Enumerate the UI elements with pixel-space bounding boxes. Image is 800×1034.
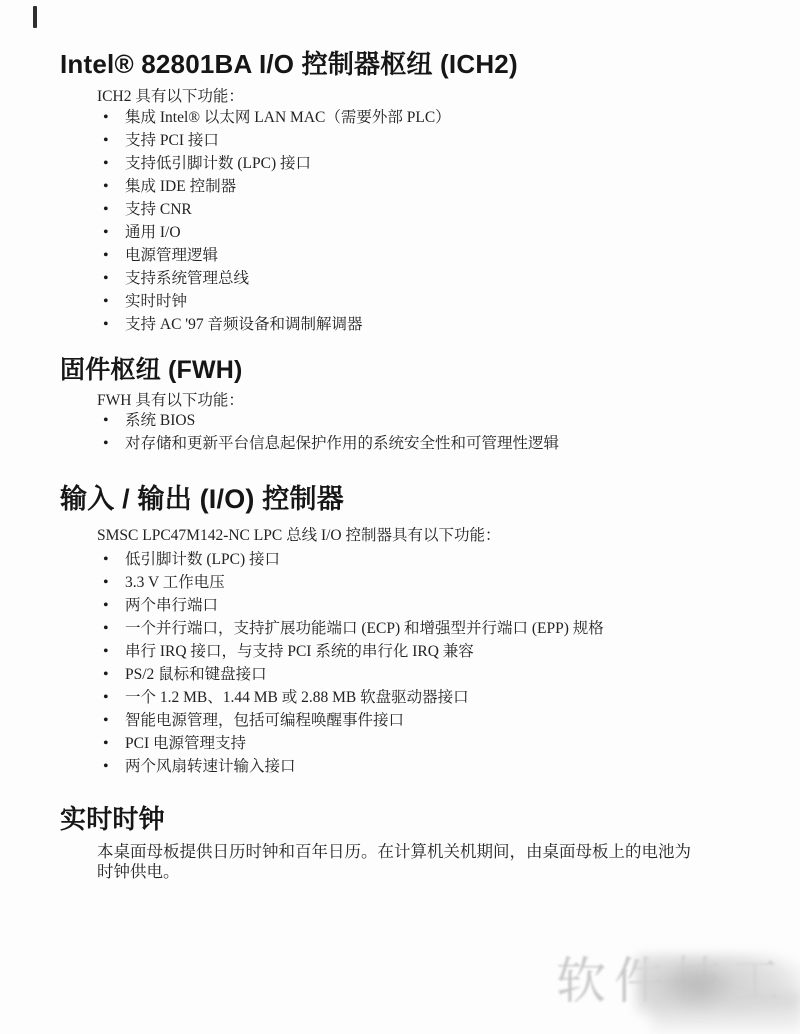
bullet-item: 智能电源管理，包括可编程唤醒事件接口: [103, 709, 604, 732]
section-heading-io: 输入 / 输出 (I/O) 控制器: [60, 477, 344, 516]
bullet-item: 两个串行端口: [103, 594, 604, 617]
bullet-list-ich2: 集成 Intel® 以太网 LAN MAC（需要外部 PLC） 支持 PCI 接…: [103, 106, 451, 336]
paragraph-line: 时钟供电。: [97, 862, 691, 882]
bullet-item: PS/2 鼠标和键盘接口: [103, 663, 604, 686]
bullet-item: 一个并行端口，支持扩展功能端口 (ECP) 和增强型并行端口 (EPP) 规格: [103, 617, 604, 640]
bullet-item: 支持 AC '97 音频设备和调制解调器: [103, 313, 451, 336]
section-intro-fwh: FWH 具有以下功能：: [97, 388, 244, 410]
bullet-item: 支持 CNR: [103, 198, 451, 221]
section-heading-fwh: 固件枢纽 (FWH): [60, 350, 243, 386]
bullet-list-io: 低引脚计数 (LPC) 接口 3.3 V 工作电压 两个串行端口 一个并行端口，…: [103, 548, 604, 778]
bullet-item: 电源管理逻辑: [103, 244, 451, 267]
bullet-item: 实时时钟: [103, 290, 451, 313]
paragraph-line: 本桌面母板提供日历时钟和百年日历。在计算机关机期间，由桌面母板上的电池为: [97, 842, 691, 862]
rtc-paragraph: 本桌面母板提供日历时钟和百年日历。在计算机关机期间，由桌面母板上的电池为 时钟供…: [97, 842, 691, 882]
bullet-item: 集成 Intel® 以太网 LAN MAC（需要外部 PLC）: [103, 106, 451, 129]
smudge-overlay: [662, 962, 732, 1010]
bullet-item: 一个 1.2 MB、1.44 MB 或 2.88 MB 软盘驱动器接口: [103, 686, 604, 709]
bullet-item: 3.3 V 工作电压: [103, 571, 604, 594]
bullet-item: 支持 PCI 接口: [103, 129, 451, 152]
bullet-item: 集成 IDE 控制器: [103, 175, 451, 198]
section-heading-rtc: 实时时钟: [60, 799, 165, 836]
bullet-item: 对存储和更新平台信息起保护作用的系统安全性和可管理性逻辑: [103, 432, 559, 455]
bullet-item: 系统 BIOS: [103, 409, 559, 432]
bullet-item: 支持系统管理总线: [103, 267, 451, 290]
bullet-item: 低引脚计数 (LPC) 接口: [103, 548, 604, 571]
bullet-item: 通用 I/O: [103, 221, 451, 244]
section-heading-ich2: Intel® 82801BA I/O 控制器枢纽 (ICH2): [60, 44, 518, 81]
bullet-list-fwh: 系统 BIOS 对存储和更新平台信息起保护作用的系统安全性和可管理性逻辑: [103, 409, 559, 455]
bullet-item: 两个风扇转速计输入接口: [103, 755, 604, 778]
bullet-item: 支持低引脚计数 (LPC) 接口: [103, 152, 451, 175]
bullet-item: 串行 IRQ 接口，与支持 PCI 系统的串行化 IRQ 兼容: [103, 640, 604, 663]
document-page: Intel® 82801BA I/O 控制器枢纽 (ICH2) ICH2 具有以…: [0, 0, 800, 1034]
scan-artifact-mark: [33, 6, 37, 28]
section-intro-ich2: ICH2 具有以下功能：: [97, 84, 244, 106]
bullet-item: PCI 电源管理支持: [103, 732, 604, 755]
section-intro-io: SMSC LPC47M142-NC LPC 总线 I/O 控制器具有以下功能：: [97, 523, 500, 545]
